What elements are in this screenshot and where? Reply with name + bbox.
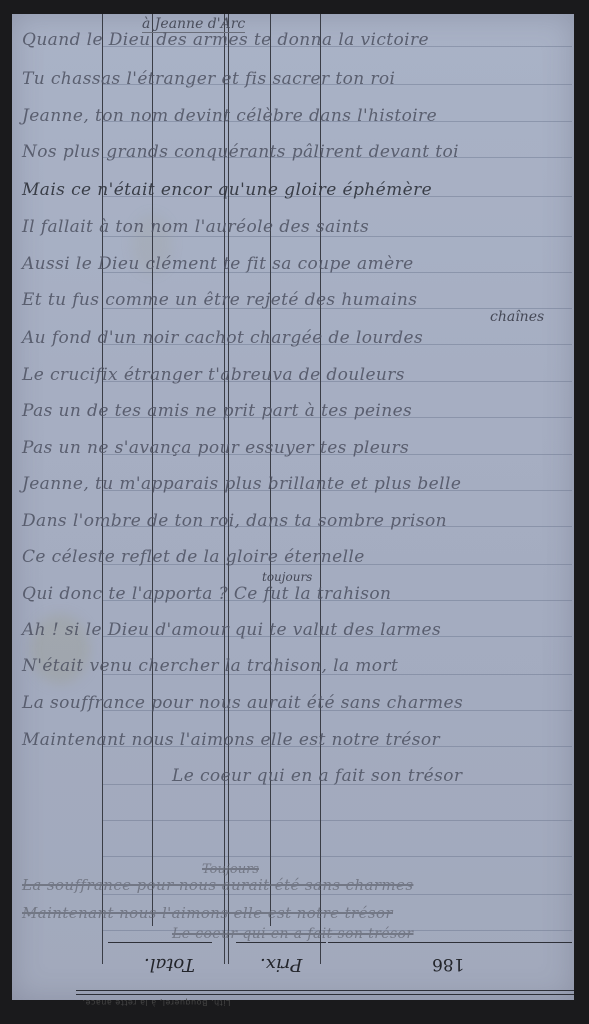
header-rule <box>108 942 212 943</box>
footer-rule <box>76 990 574 991</box>
column-header-year: 186 <box>432 954 464 974</box>
poem-line: Il fallait à ton nom l'auréole des saint… <box>22 217 369 237</box>
poem-line: Pas un ne s'avança pour essuyer tes pleu… <box>22 438 409 458</box>
struck-line: Le coeur qui en a fait son trésor <box>172 926 413 942</box>
margin-note: toujours <box>262 570 312 584</box>
poem-line: Ah ! si le Dieu d'amour qui te valut des… <box>22 620 441 640</box>
poem-line: Le coeur qui en a fait son trésor <box>172 766 462 786</box>
poem-line: Nos plus grands conquérants pâlirent dev… <box>22 142 459 162</box>
struck-line: Maintenant nous l'aimons elle est notre … <box>22 904 393 922</box>
struck-insert: Toujours <box>202 862 259 877</box>
poem-line: Au fond d'un noir cachot chargée de lour… <box>22 328 423 348</box>
poem-line: Mais ce n'était encor qu'une gloire éphé… <box>22 180 432 200</box>
manuscript-sheet: à Jeanne d'Arc Quand le Dieu des armes t… <box>12 14 574 1000</box>
struck-line: La souffrance pour nous aurait été sans … <box>22 876 413 894</box>
column-header-prix: Prix. <box>260 954 302 975</box>
margin-note: chaînes <box>490 309 544 325</box>
poem-line: Dans l'ombre de ton roi, dans ta sombre … <box>22 511 447 531</box>
column-header-total: Total. <box>144 954 195 975</box>
footer-rule <box>76 994 574 995</box>
poem-line: N'était venu chercher la trahison, la mo… <box>22 656 398 676</box>
poem-line: Ce céleste reflet de la gloire éternelle <box>22 547 365 567</box>
poem-line: Qui donc te l'apporta ? Ce fut la trahis… <box>22 584 391 604</box>
poem-line: Maintenant nous l'aimons elle est notre … <box>22 730 440 750</box>
poem-line: Quand le Dieu des armes te donna la vict… <box>22 30 429 50</box>
poem-line: La souffrance pour nous aurait été sans … <box>22 693 463 713</box>
poem-line: Et tu fus comme un être rejeté des humai… <box>22 290 417 310</box>
poem-line: Tu chassas l'étranger et fis sacrer ton … <box>22 69 395 89</box>
poem-line: Jeanne, ton nom devint célèbre dans l'hi… <box>22 106 437 126</box>
poem-line: Pas un de tes amis ne prit part à tes pe… <box>22 401 412 421</box>
poem-line: Jeanne, tu m'apparais plus brillante et … <box>22 474 461 494</box>
header-rule <box>328 942 572 943</box>
poem-line: Aussi le Dieu clément te fit sa coupe am… <box>22 254 414 274</box>
printer-imprint: Lith. Bouquerel, à la rette anace. <box>82 998 230 1007</box>
header-rule <box>236 942 326 943</box>
poem-line: Le crucifix étranger t'abreuva de douleu… <box>22 365 405 385</box>
